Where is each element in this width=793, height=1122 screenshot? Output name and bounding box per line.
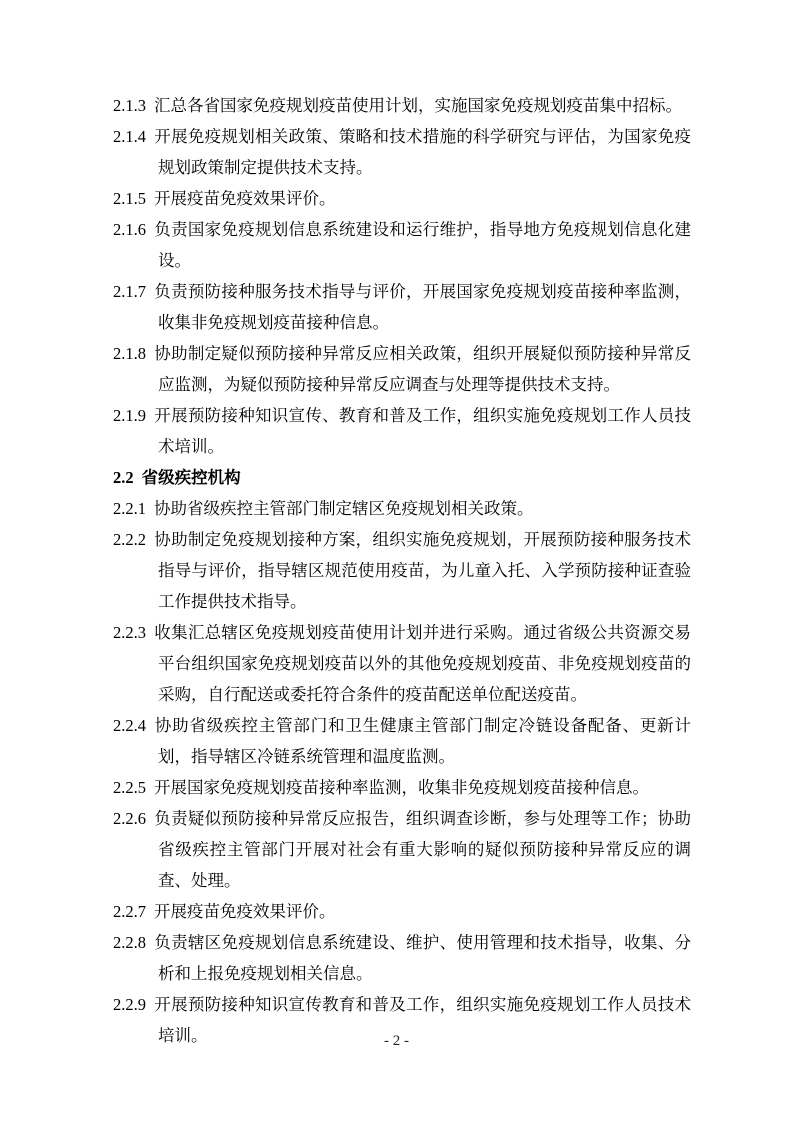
page-number: - 2 - — [0, 1031, 793, 1051]
doc-item: 2.2.7开展疫苗免疫效果评价。 — [113, 896, 691, 927]
heading-text: 省级疾控机构 — [142, 468, 241, 487]
item-text: 开展预防接种知识宣传、教育和普及工作，组织实施免疫规划工作人员技术培训。 — [154, 406, 691, 456]
item-number: 2.2.4 — [113, 716, 154, 735]
item-number: 2.2.1 — [113, 499, 154, 518]
item-text: 开展国家免疫规划疫苗接种率监测，收集非免疫规划疫苗接种信息。 — [154, 778, 649, 797]
item-number: 2.1.6 — [113, 220, 154, 239]
doc-item: 2.1.6负责国家免疫规划信息系统建设和运行维护，指导地方免疫规划信息化建设。 — [113, 214, 691, 276]
item-text: 开展免疫规划相关政策、策略和技术措施的科学研究与评估，为国家免疫规划政策制定提供… — [154, 127, 691, 177]
doc-item: 2.2.6负责疑似预防接种异常反应报告，组织调查诊断，参与处理等工作；协助省级疾… — [113, 803, 691, 896]
item-text: 负责国家免疫规划信息系统建设和运行维护，指导地方免疫规划信息化建设。 — [154, 220, 691, 270]
item-number: 2.2.6 — [113, 809, 154, 828]
item-number: 2.1.4 — [113, 127, 154, 146]
heading-number: 2.2 — [113, 468, 142, 487]
doc-item: 2.2.4协助省级疾控主管部门和卫生健康主管部门制定冷链设备配备、更新计划，指导… — [113, 710, 691, 772]
doc-item: 2.1.5开展疫苗免疫效果评价。 — [113, 183, 691, 214]
item-text: 负责疑似预防接种异常反应报告，组织调查诊断，参与处理等工作；协助省级疾控主管部门… — [154, 809, 691, 890]
item-text: 收集汇总辖区免疫规划疫苗使用计划并进行采购。通过省级公共资源交易平台组织国家免疫… — [154, 623, 691, 704]
doc-item: 2.1.8协助制定疑似预防接种异常反应相关政策，组织开展疑似预防接种异常反应监测… — [113, 338, 691, 400]
item-text: 协助省级疾控主管部门制定辖区免疫规划相关政策。 — [154, 499, 534, 518]
document-body: 2.1.3汇总各省国家免疫规划疫苗使用计划，实施国家免疫规划疫苗集中招标。 2.… — [113, 90, 691, 1051]
doc-item: 2.1.9开展预防接种知识宣传、教育和普及工作，组织实施免疫规划工作人员技术培训… — [113, 400, 691, 462]
doc-item: 2.2.2协助制定免疫规划接种方案，组织实施免疫规划，开展预防接种服务技术指导与… — [113, 524, 691, 617]
item-number: 2.1.8 — [113, 344, 154, 363]
doc-item: 2.2.5开展国家免疫规划疫苗接种率监测，收集非免疫规划疫苗接种信息。 — [113, 772, 691, 803]
item-text: 负责辖区免疫规划信息系统建设、维护、使用管理和技术指导，收集、分析和上报免疫规划… — [154, 933, 691, 983]
doc-item: 2.1.3汇总各省国家免疫规划疫苗使用计划，实施国家免疫规划疫苗集中招标。 — [113, 90, 691, 121]
item-text: 协助省级疾控主管部门和卫生健康主管部门制定冷链设备配备、更新计划，指导辖区冷链系… — [154, 716, 691, 766]
item-number: 2.2.9 — [113, 995, 154, 1014]
doc-item: 2.1.4开展免疫规划相关政策、策略和技术措施的科学研究与评估，为国家免疫规划政… — [113, 121, 691, 183]
item-text: 开展疫苗免疫效果评价。 — [154, 189, 336, 208]
doc-item: 2.1.7负责预防接种服务技术指导与评价，开展国家免疫规划疫苗接种率监测，收集非… — [113, 276, 691, 338]
item-number: 2.1.5 — [113, 189, 154, 208]
item-number: 2.2.2 — [113, 530, 154, 549]
item-number: 2.1.3 — [113, 96, 154, 115]
item-number: 2.2.7 — [113, 902, 154, 921]
item-text: 开展疫苗免疫效果评价。 — [154, 902, 336, 921]
item-text: 负责预防接种服务技术指导与评价，开展国家免疫规划疫苗接种率监测，收集非免疫规划疫… — [154, 282, 691, 332]
item-number: 2.1.7 — [113, 282, 154, 301]
item-number: 2.2.5 — [113, 778, 154, 797]
item-number: 2.1.9 — [113, 406, 154, 425]
item-text: 协助制定免疫规划接种方案，组织实施免疫规划，开展预防接种服务技术指导与评价，指导… — [154, 530, 691, 611]
item-number: 2.2.8 — [113, 933, 154, 952]
doc-item: 2.2.8负责辖区免疫规划信息系统建设、维护、使用管理和技术指导，收集、分析和上… — [113, 927, 691, 989]
item-text: 协助制定疑似预防接种异常反应相关政策，组织开展疑似预防接种异常反应监测，为疑似预… — [154, 344, 691, 394]
section-heading: 2.2省级疾控机构 — [113, 462, 691, 493]
document-page: 2.1.3汇总各省国家免疫规划疫苗使用计划，实施国家免疫规划疫苗集中招标。 2.… — [0, 0, 793, 1122]
doc-item: 2.2.3收集汇总辖区免疫规划疫苗使用计划并进行采购。通过省级公共资源交易平台组… — [113, 617, 691, 710]
doc-item: 2.2.1协助省级疾控主管部门制定辖区免疫规划相关政策。 — [113, 493, 691, 524]
item-number: 2.2.3 — [113, 623, 154, 642]
item-text: 汇总各省国家免疫规划疫苗使用计划，实施国家免疫规划疫苗集中招标。 — [154, 96, 682, 115]
